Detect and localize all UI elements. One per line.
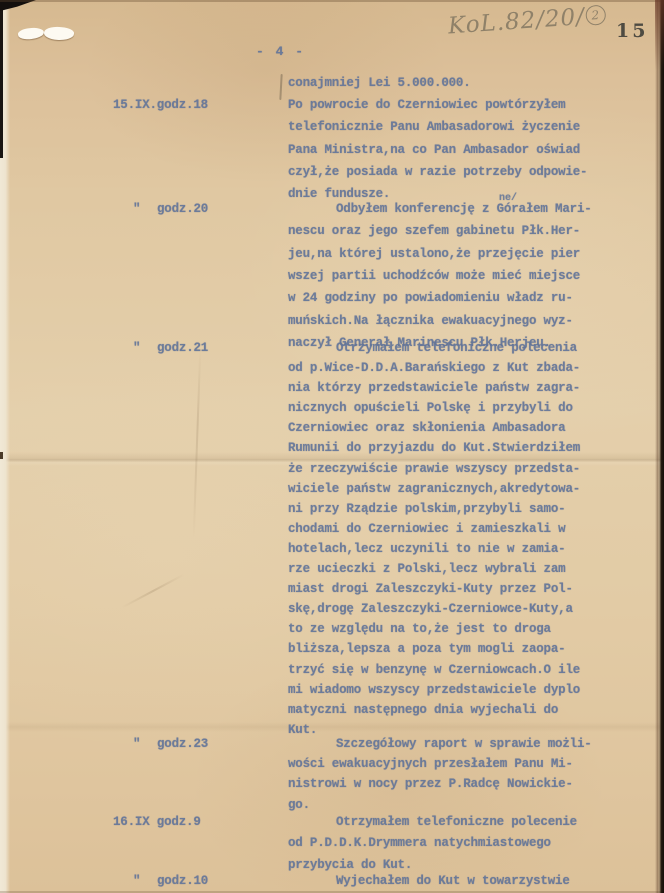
time-text: godz.21 [157,341,208,355]
date-time-text: 15.IX.godz.18 [113,98,208,112]
entry-line: Odbyłem konferencję z Górałem Mari- [288,202,618,224]
entry-paragraph: Odbyłem konferencję z Górałem Mari-nescu… [288,202,618,358]
ditto-mark: " [133,202,140,216]
entry-line: Otrzymałem telefoniczne polecenie [288,815,618,836]
entry-line: czył,że posiada w razie potrzeby odpowie… [288,165,618,187]
entry-line: miast drogi Zaleszczyki-Kuty przez Pol- [288,582,618,602]
entry-line: wości ewakuacyjnych przesłałem Panu Mi- [288,757,618,777]
entry-line: Otrzymałem telefoniczne polecenia [288,341,618,361]
entry-paragraph: conajmniej Lei 5.000.000. [288,76,618,98]
entry-line: Pana Ministra,na co Pan Ambasador oświad [288,143,618,165]
entry-line: Czerniowiec oraz skłonienia Ambasadora [288,421,618,441]
entry-line: w 24 godziny po powiadomieniu władz ru- [288,291,618,313]
typed-correction-superscript: ne/ [499,193,517,204]
entry-line: jeu,na której ustalono,że przejęcie pier [288,247,618,269]
entry-line: chodami do Czerniowiec i zamieszkali w [288,522,618,542]
entry-line: wszej partii uchodźców może mieć miejsce [288,269,618,291]
ditto-mark: " [133,737,140,751]
scanned-page: KoL.82/20/2 15 - 4 - conajmniej Lei 5.00… [0,0,664,893]
time-text: godz.20 [157,202,208,216]
entry-line: muńskich.Na łącznika ewakuacyjnego wyz- [288,314,618,336]
entry-paragraph: Szczegółowy raport w sprawie możli-wości… [288,737,618,818]
entry-paragraph: Otrzymałem telefoniczne polecenieod P.D.… [288,815,618,879]
time-text: godz.10 [157,874,208,888]
entry-line: ni przy Rządzie polskim,przybyli samo- [288,502,618,522]
entry-line: od P.D.D.K.Drymmera natychmiastowego [288,836,618,857]
entry-line: conajmniej Lei 5.000.000. [288,76,618,98]
entry-line: matyczni następnego dnia wyjechali do [288,703,618,723]
entry-line: nia którzy przedstawiciele państw zagra- [288,381,618,401]
entry-line: nistrowi w nocy przez P.Radcę Nowickie- [288,777,618,797]
entry-line: bliższa,lepsza a poza tym mogli zaopa- [288,642,618,662]
entry-paragraph: Otrzymałem telefoniczne poleceniaod p.Wi… [288,341,618,743]
entry-paragraph: Po powrocie do Czerniowiec powtórzyłemte… [288,98,618,209]
entry-line: nicznych opuścieli Polskę i przybyli do [288,401,618,421]
ditto-mark: " [133,874,140,888]
date-time-text: 16.IX godz.9 [113,815,201,829]
entry-line: skę,drogę Zaleszczyki-Czerniowce-Kuty,a [288,602,618,622]
entry-line: to ze względu na to,że jest to droga [288,622,618,642]
entry-line: Po powrocie do Czerniowiec powtórzyłem [288,98,618,120]
entry-line: nescu oraz jego szefem gabinetu Płk.Her- [288,224,618,246]
entry-line: mi wiadomo wszyscy przedstawiciele dyplo [288,683,618,703]
entry-line: że rzeczywiście prawie wszyscy przedsta- [288,462,618,482]
entry-line: Rumunii do przyjazdu do Kut.Stwierdziłem [288,441,618,461]
entry-line: telefonicznie Panu Ambasadorowi życzenie [288,120,618,142]
entry-line: rze ucieczki z Polski,lecz wybrali zam [288,562,618,582]
time-text: godz.23 [157,737,208,751]
entry-line: hotelach,lecz uczynili to nie w zamia- [288,542,618,562]
diary-entries: conajmniej Lei 5.000.000.15.IX.godz.18Po… [0,0,664,893]
entry-line: trzyć się w benzynę w Czerniowcach.O ile [288,663,618,683]
entry-line: wiciele państw zagranicznych,akredytowa- [288,482,618,502]
entry-paragraph: Wyjechałem do Kut w towarzystwie [288,874,618,893]
entry-line: od p.Wice-D.D.A.Barańskiego z Kut zbada- [288,361,618,381]
ditto-mark: " [133,341,140,355]
entry-line: Szczegółowy raport w sprawie możli- [288,737,618,757]
entry-line: Wyjechałem do Kut w towarzystwie [288,874,618,893]
